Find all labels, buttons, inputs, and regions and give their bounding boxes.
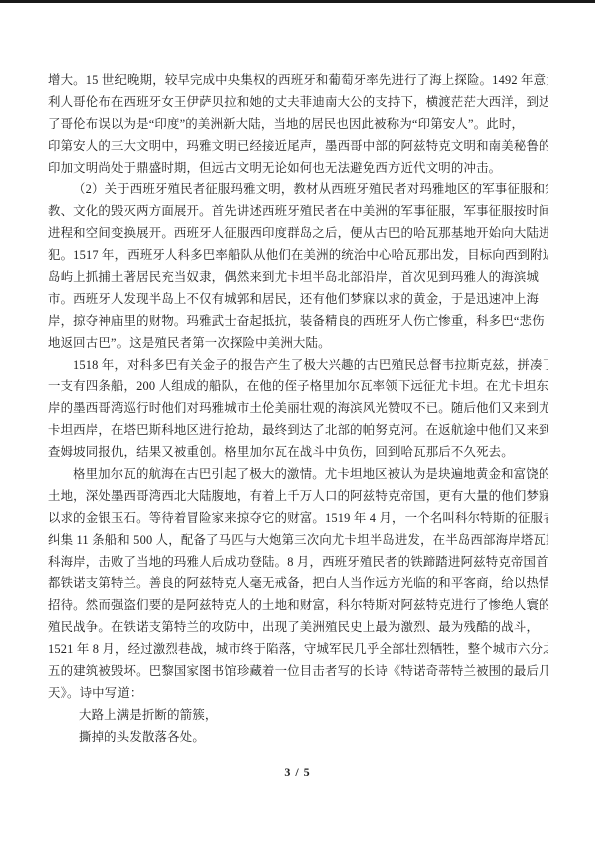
page-footer: 3 / 5 xyxy=(0,763,595,781)
document-page: 增大。15 世纪晚期，较早完成中央集权的西班牙和葡萄牙率先进行了海上探险。149… xyxy=(0,0,595,841)
text-line: 1518 年，对科多巴有关金子的报告产生了极大兴趣的古巴殖民总督韦拉斯克兹，拼凑… xyxy=(48,355,548,377)
text-line: 岸，掠夺神庙里的财物。玛雅武士奋起抵抗，装备精良的西班牙人伤亡惨重，科多巴“悲伤 xyxy=(48,311,548,333)
text-line: 一支有四条船，200 人组成的船队，在他的侄子格里加尔瓦率领下远征尤卡坦。在尤卡… xyxy=(48,376,548,398)
text-line: 殖民战争。在铁诺支第特兰的攻防中，出现了美洲殖民史上最为激烈、最为残酷的战斗， xyxy=(48,617,548,639)
poem-line: 大路上满是折断的箭簇， xyxy=(48,705,548,727)
text-line: 进程和空间变换展开。西班牙人征服西印度群岛之后，便从古巴的哈瓦那基地开始向大陆进 xyxy=(48,223,548,245)
text-line: 印第安人的三大文明中，玛雅文明已经接近尾声，墨西哥中部的阿兹特克文明和南美秘鲁的 xyxy=(48,136,548,158)
text-line: 土地，深处墨西哥湾西北大陆腹地，有着上千万人口的阿兹特克帝国，更有大量的他们梦寐 xyxy=(48,486,548,508)
text-line: 犯。1517 年，西班牙人科多巴率船队从他们在美洲的统治中心哈瓦那出发，目标向西… xyxy=(48,245,548,267)
page-number: 3 / 5 xyxy=(284,765,310,779)
page-top-border xyxy=(0,0,595,3)
text-line: 市。西班牙人发现半岛上不仅有城郭和居民，还有他们梦寐以求的黄金，于是迅速冲上海 xyxy=(48,289,548,311)
document-text-block: 增大。15 世纪晚期，较早完成中央集权的西班牙和葡萄牙率先进行了海上探险。149… xyxy=(48,70,548,749)
text-line: 纠集 11 条船和 500 人，配备了马匹与大炮第三次向尤卡坦半岛进发，在半岛西… xyxy=(48,530,548,552)
text-line: 招待。然而强盗们要的是阿兹特克人的土地和财富，科尔特斯对阿兹特克进行了惨绝人寰的 xyxy=(48,595,548,617)
text-line: 以求的金银玉石。等待着冒险家来掠夺它的财富。1519 年 4 月，一个名叫科尔特… xyxy=(48,508,548,530)
text-line: 卡坦西岸，在塔巴斯科地区进行抢劫，最终到达了北部的帕努克河。在返航途中他们又来到 xyxy=(48,420,548,442)
text-line: 印加文明尚处于鼎盛时期，但远古文明无论如何也无法避免西方近代文明的冲击。 xyxy=(48,158,548,180)
text-line: 都铁诺支第特兰。善良的阿兹特克人毫无戒备，把白人当作远方光临的和平客商，给以热情 xyxy=(48,573,548,595)
text-line: 格里加尔瓦的航海在古巴引起了极大的激情。尤卡坦地区被认为是块遍地黄金和富饶的 xyxy=(48,464,548,486)
poem-line: 撕掉的头发散落各处。 xyxy=(48,727,548,749)
text-line: 五的建筑被毁坏。巴黎国家图书馆珍藏着一位目击者写的长诗《特诺奇蒂特兰被围的最后几 xyxy=(48,661,548,683)
text-line: 利人哥伦布在西班牙女王伊萨贝拉和她的丈夫菲迪南大公的支持下，横渡茫茫大西洋，到达 xyxy=(48,92,548,114)
text-line: （2）关于西班牙殖民者征服玛雅文明，教材从西班牙殖民者对玛雅地区的军事征服和宗 xyxy=(48,179,548,201)
text-line: 科海岸，击败了当地的玛雅人后成功登陆。8 月，西班牙殖民者的铁蹄踏进阿兹特克帝国… xyxy=(48,552,548,574)
text-line: 教、文化的毁灭两方面展开。首先讲述西班牙殖民者在中美洲的军事征服，军事征服按时间 xyxy=(48,201,548,223)
text-line: 岛屿上抓捕土著居民充当奴隶，偶然来到尤卡坦半岛北部沿岸，首次见到玛雅人的海滨城 xyxy=(48,267,548,289)
text-line: 天》。诗中写道： xyxy=(48,683,548,705)
text-line: 了哥伦布误以为是“印度”的美洲新大陆，当地的居民也因此被称为“印第安人”。此时， xyxy=(48,114,548,136)
text-line: 岸的墨西哥湾巡行时他们对玛雅城市土伦美丽壮观的海滨风光赞叹不已。随后他们又来到尤 xyxy=(48,398,548,420)
text-line: 1521 年 8 月，经过激烈巷战，城市终于陷落，守城军民几乎全部壮烈牺牲，整个… xyxy=(48,639,548,661)
text-line: 查姆坡同报仇，结果又被重创。格里加尔瓦在战斗中负伤，回到哈瓦那后不久死去。 xyxy=(48,442,548,464)
text-line: 地返回古巴”。这是殖民者第一次探险中美洲大陆。 xyxy=(48,333,548,355)
text-line: 增大。15 世纪晚期，较早完成中央集权的西班牙和葡萄牙率先进行了海上探险。149… xyxy=(48,70,548,92)
